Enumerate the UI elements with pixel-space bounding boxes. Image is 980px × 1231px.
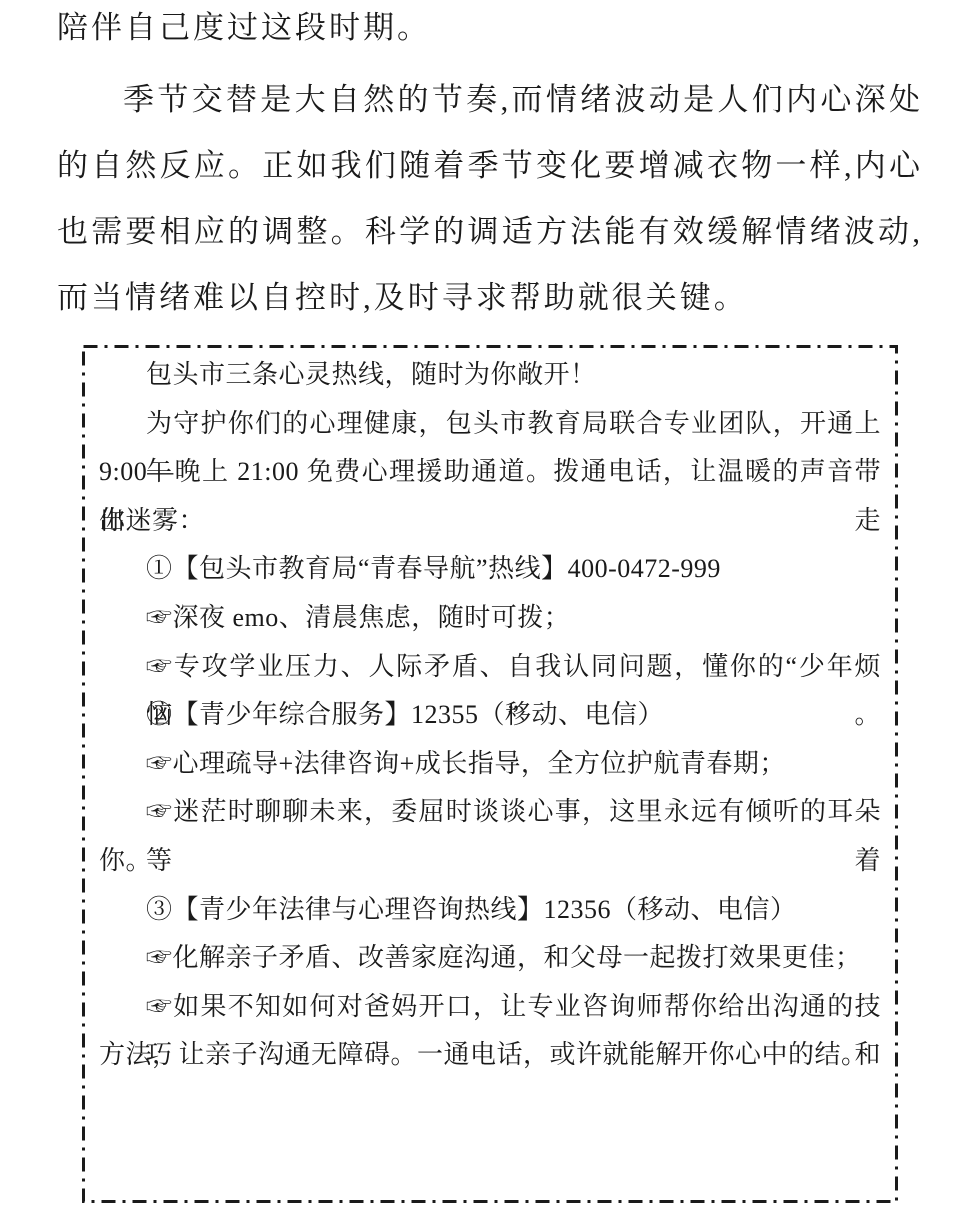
hotline-box: 包头市三条心灵热线，随时为你敞开！为守护你们的心理健康，包头市教育局联合专业团队… — [82, 345, 898, 1203]
hotline-line: 9:00—晚上 21:00 免费心理援助通道。拨通电话，让温暖的声音带你走 — [99, 448, 881, 497]
hotline-line: ☞深夜 emo、清晨焦虑，随时可拨； — [99, 594, 881, 643]
intro-line: 的自然反应。正如我们随着季节变化要增减衣物一样,内心 — [57, 133, 923, 199]
intro-line: 而当情绪难以自控时,及时寻求帮助就很关键。 — [57, 265, 923, 331]
hotline-line: ☞专攻学业压力、人际矛盾、自我认同问题，懂你的“少年烦恼”。 — [99, 643, 881, 692]
hotline-line: 方法，让亲子沟通无障碍。一通电话，或许就能解开你心中的结。 — [99, 1031, 881, 1080]
intro-line: 季节交替是大自然的节奏,而情绪波动是人们内心深处 — [57, 67, 923, 133]
hotline-box-content: 包头市三条心灵热线，随时为你敞开！为守护你们的心理健康，包头市教育局联合专业团队… — [99, 351, 881, 1080]
hotline-line: 为守护你们的心理健康，包头市教育局联合专业团队，开通上午 — [99, 400, 881, 449]
intro-paragraphs: 陪伴自己度过这段时期。季节交替是大自然的节奏,而情绪波动是人们内心深处的自然反应… — [57, 0, 923, 331]
hotline-line: ☞心理疏导+法律咨询+成长指导，全方位护航青春期； — [99, 740, 881, 789]
hotline-line: ③【青少年法律与心理咨询热线】12356（移动、电信） — [99, 886, 881, 935]
hotline-line: ☞如果不知如何对爸妈开口，让专业咨询师帮你给出沟通的技巧和 — [99, 983, 881, 1032]
intro-line: 陪伴自己度过这段时期。 — [57, 0, 923, 61]
hotline-line: ☞迷茫时聊聊未来，委屈时谈谈心事，这里永远有倾听的耳朵等着 — [99, 788, 881, 837]
intro-line: 也需要相应的调整。科学的调适方法能有效缓解情绪波动, — [57, 199, 923, 265]
hotline-line: ☞化解亲子矛盾、改善家庭沟通，和父母一起拨打效果更佳； — [99, 934, 881, 983]
hotline-line: ①【包头市教育局“青春导航”热线】400-0472-999 — [99, 545, 881, 594]
hotline-line: 包头市三条心灵热线，随时为你敞开！ — [99, 351, 881, 400]
document-page: 陪伴自己度过这段时期。季节交替是大自然的节奏,而情绪波动是人们内心深处的自然反应… — [0, 0, 980, 1231]
